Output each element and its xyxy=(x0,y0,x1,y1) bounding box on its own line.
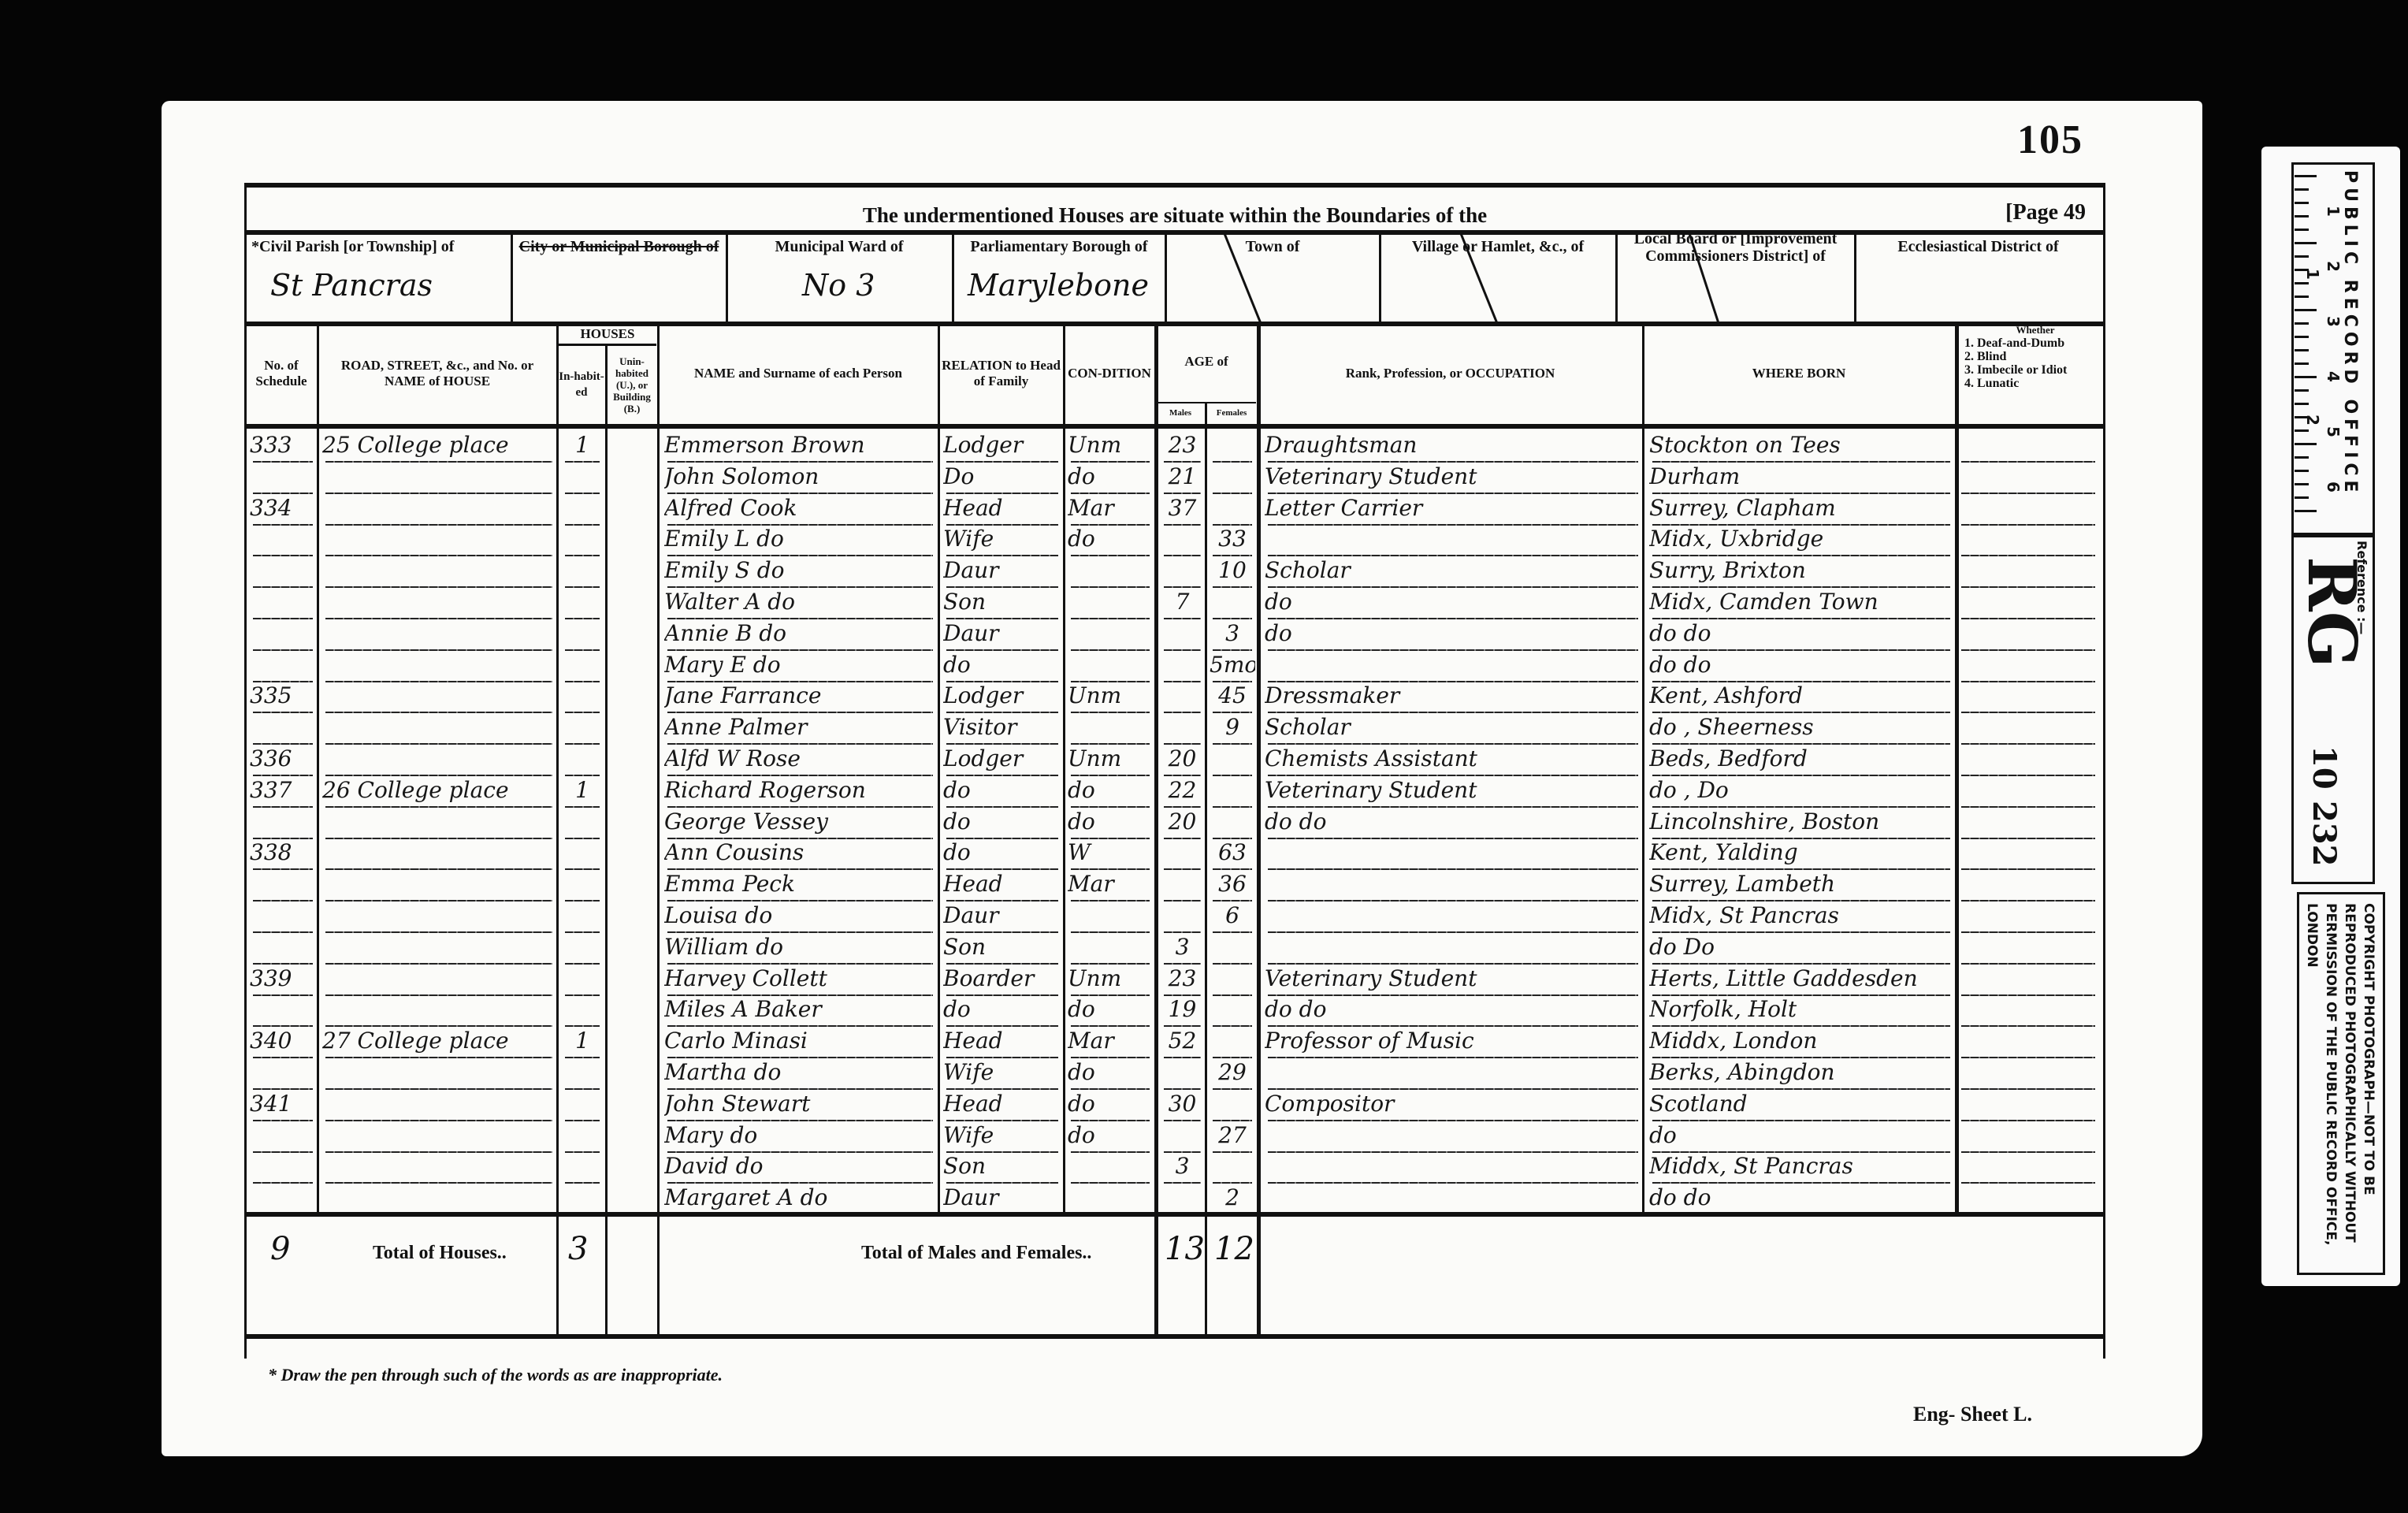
occupation: do do xyxy=(1265,804,1641,838)
address xyxy=(322,898,556,932)
scale-tick xyxy=(2295,215,2309,217)
where-born: Surry, Brixton xyxy=(1649,552,1953,587)
scale-cm-label: 5 xyxy=(2324,426,2343,437)
condition: Unm xyxy=(1068,741,1153,775)
person-name: Emma Peck xyxy=(664,866,936,901)
locality-label-municipal-borough: City or Municipal Borough of xyxy=(515,238,723,255)
male-age xyxy=(1161,552,1204,587)
locality-value-civil-parish: St Pancras xyxy=(270,268,433,303)
person-name: Miles A Baker xyxy=(664,991,936,1026)
col-header-uninhabited: Unin-habited (U.), or Building (B.) xyxy=(608,345,656,424)
scale-tick xyxy=(2295,470,2309,472)
address xyxy=(322,459,556,493)
locality-label-local-board: Local Board or [Improvement Commissioner… xyxy=(1619,230,1852,265)
address: 25 College place xyxy=(322,427,556,462)
where-born: Stockton on Tees xyxy=(1649,427,1953,462)
office-name: PUBLIC RECORD OFFICE xyxy=(2340,170,2360,497)
condition: W xyxy=(1068,835,1153,869)
inhabited-count xyxy=(562,866,603,901)
infirmity-heading: Whether xyxy=(2016,323,2054,336)
schedule-number xyxy=(250,584,316,619)
locality-label-parliamentary-borough: Parliamentary Borough of xyxy=(956,238,1162,255)
person-name: David do xyxy=(664,1148,936,1183)
total-persons-label: Total of Males and Females.. xyxy=(861,1243,1091,1264)
relation: Boarder xyxy=(943,961,1061,995)
occupation: Scholar xyxy=(1265,552,1641,587)
person-name: Alfred Cook xyxy=(664,490,936,525)
female-age xyxy=(1210,1023,1255,1058)
col-header-address: ROAD, STREET, &c., and No. or NAME of HO… xyxy=(319,323,556,424)
person-name: William do xyxy=(664,929,936,964)
where-born: Midx, Uxbridge xyxy=(1649,521,1953,556)
locality-label-village: Village or Hamlet, &c., of xyxy=(1383,238,1613,255)
relation: do xyxy=(943,835,1061,869)
inhabited-count xyxy=(562,709,603,744)
total-males: 13 xyxy=(1165,1231,1205,1267)
condition xyxy=(1068,552,1153,587)
scale-tick xyxy=(2295,362,2309,365)
female-age: 6 xyxy=(1210,898,1255,932)
occupation xyxy=(1265,647,1641,682)
census-row: Anne PalmerVisitor9Scholardo , Sheerness xyxy=(247,709,2103,744)
infirmity-option-1: 1. Deaf-and-Dumb xyxy=(1964,336,2064,350)
person-name: John Stewart xyxy=(664,1086,936,1121)
where-born: Kent, Ashford xyxy=(1649,678,1953,712)
total-schedules: 9 xyxy=(270,1231,290,1267)
where-born: Midx, Camden Town xyxy=(1649,584,1953,619)
scale-tick xyxy=(2295,510,2317,512)
where-born: do , Sheerness xyxy=(1649,709,1953,744)
condition: do xyxy=(1068,772,1153,807)
rule xyxy=(247,183,2103,188)
relation: Son xyxy=(943,1148,1061,1183)
scale-cm-label: 3 xyxy=(2324,316,2343,327)
total-females: 12 xyxy=(1214,1231,1254,1267)
occupation: Professor of Music xyxy=(1265,1023,1641,1058)
female-age: 27 xyxy=(1210,1117,1255,1152)
relation: Head xyxy=(943,490,1061,525)
person-name: Mary do xyxy=(664,1117,936,1152)
person-name: Emily S do xyxy=(664,552,936,587)
infirmity-option-3: 3. Imbecile or Idiot xyxy=(1964,363,2067,377)
female-age: 3 xyxy=(1210,615,1255,650)
relation: Head xyxy=(943,1023,1061,1058)
rule xyxy=(247,1334,2103,1339)
occupation xyxy=(1265,1148,1641,1183)
scale-tick xyxy=(2295,242,2317,244)
condition: Mar xyxy=(1068,490,1153,525)
address xyxy=(322,1086,556,1121)
divider xyxy=(726,232,728,322)
col-header-males: Males xyxy=(1157,403,1204,422)
schedule-number: 333 xyxy=(250,427,316,462)
scale-tick xyxy=(2295,202,2309,204)
inhabited-count xyxy=(562,584,603,619)
address xyxy=(322,804,556,838)
relation: Daur xyxy=(943,898,1061,932)
occupation: Chemists Assistant xyxy=(1265,741,1641,775)
census-row: 341John StewartHeaddo30CompositorScotlan… xyxy=(247,1086,2103,1121)
census-row: John SolomonDodo21Veterinary StudentDurh… xyxy=(247,459,2103,493)
census-row: David doSon3Middx, St Pancras xyxy=(247,1148,2103,1183)
male-age xyxy=(1161,898,1204,932)
schedule-number: 338 xyxy=(250,835,316,869)
inhabited-count xyxy=(562,552,603,587)
relation: do xyxy=(943,772,1061,807)
copyright-notice: COPYRIGHT PHOTOGRAPH—NOT TO BE REPRODUCE… xyxy=(2302,903,2378,1266)
where-born: Herts, Little Gaddesden xyxy=(1649,961,1953,995)
schedule-number xyxy=(250,929,316,964)
occupation xyxy=(1265,1117,1641,1152)
female-age: 9 xyxy=(1210,709,1255,744)
scale-tick xyxy=(2295,483,2309,485)
schedule-number: 337 xyxy=(250,772,316,807)
scale-tick xyxy=(2295,282,2309,284)
condition xyxy=(1068,709,1153,744)
occupation: do xyxy=(1265,584,1641,619)
address xyxy=(322,1148,556,1183)
address xyxy=(322,552,556,587)
schedule-number: 341 xyxy=(250,1086,316,1121)
condition: do xyxy=(1068,459,1153,493)
occupation: Dressmaker xyxy=(1265,678,1641,712)
total-houses: 3 xyxy=(568,1231,588,1267)
census-row: Louisa doDaur6Midx, St Pancras xyxy=(247,898,2103,932)
where-born: Beds, Bedford xyxy=(1649,741,1953,775)
reference-series: RG xyxy=(2293,556,2371,668)
col-header-condition: CON-DITION xyxy=(1065,323,1154,424)
male-age: 19 xyxy=(1161,991,1204,1026)
where-born: Lincolnshire, Boston xyxy=(1649,804,1953,838)
relation: do xyxy=(943,991,1061,1026)
address xyxy=(322,961,556,995)
condition: do xyxy=(1068,804,1153,838)
where-born: do do xyxy=(1649,1180,1953,1214)
where-born: Durham xyxy=(1649,459,1953,493)
female-age: 33 xyxy=(1210,521,1255,556)
col-header-where-born: WHERE BORN xyxy=(1644,323,1953,424)
relation: do xyxy=(943,804,1061,838)
male-age: 22 xyxy=(1161,772,1204,807)
col-header-inhabited: In-habit-ed xyxy=(559,345,604,424)
scale-tick xyxy=(2295,336,2309,338)
person-name: George Vessey xyxy=(664,804,936,838)
condition: Mar xyxy=(1068,866,1153,901)
census-row: William doSon3do Do xyxy=(247,929,2103,964)
footnote: * Draw the pen through such of the words… xyxy=(268,1365,723,1385)
schedule-number xyxy=(250,615,316,650)
occupation: do do xyxy=(1265,991,1641,1026)
relation: Son xyxy=(943,584,1061,619)
schedule-number xyxy=(250,898,316,932)
census-row: Walter A doSon7doMidx, Camden Town xyxy=(247,584,2103,619)
sheet-label: Eng- Sheet L. xyxy=(1913,1403,2032,1426)
scale-tick xyxy=(2295,496,2309,499)
reference-folio: 232 xyxy=(2306,801,2343,867)
relation: Visitor xyxy=(943,709,1061,744)
form-title: The undermentioned Houses are situate wi… xyxy=(247,203,2103,228)
scale-tick xyxy=(2295,376,2317,378)
person-name: Carlo Minasi xyxy=(664,1023,936,1058)
total-houses-label: Total of Houses.. xyxy=(373,1243,507,1264)
female-age xyxy=(1210,490,1255,525)
female-age: 63 xyxy=(1210,835,1255,869)
col-header-infirmity: Whether 1. Deaf-and-Dumb 2. Blind 3. Imb… xyxy=(1958,323,2106,424)
female-age: 2 xyxy=(1210,1180,1255,1214)
scale-cm-label: 6 xyxy=(2324,481,2343,493)
person-name: Emily L do xyxy=(664,521,936,556)
scale-cm-label: 1 xyxy=(2324,206,2343,217)
schedule-number: 335 xyxy=(250,678,316,712)
where-born: Surrey, Clapham xyxy=(1649,490,1953,525)
census-row: 34027 College place1Carlo MinasiHeadMar5… xyxy=(247,1023,2103,1058)
divider xyxy=(1854,232,1856,322)
census-row: 33325 College place1Emmerson BrownLodger… xyxy=(247,427,2103,462)
female-age: 36 xyxy=(1210,866,1255,901)
person-name: Jane Farrance xyxy=(664,678,936,712)
relation: Head xyxy=(943,1086,1061,1121)
inhabited-count xyxy=(562,961,603,995)
census-row: Annie B doDaur3dodo do xyxy=(247,615,2103,650)
scale-cm-label: 2 xyxy=(2324,261,2343,272)
address xyxy=(322,584,556,619)
locality-value-municipal-ward: No 3 xyxy=(802,268,875,303)
where-born: Kent, Yalding xyxy=(1649,835,1953,869)
schedule-number xyxy=(250,459,316,493)
relation: Lodger xyxy=(943,678,1061,712)
scale-tick xyxy=(2295,389,2309,392)
male-age: 20 xyxy=(1161,804,1204,838)
male-age xyxy=(1161,866,1204,901)
address: 26 College place xyxy=(322,772,556,807)
inhabited-count xyxy=(562,1117,603,1152)
schedule-number xyxy=(250,804,316,838)
scale-inch-label: 2 xyxy=(2303,414,2322,426)
male-age xyxy=(1161,615,1204,650)
census-row: Martha doWifedo29Berks, Abingdon xyxy=(247,1054,2103,1089)
occupation xyxy=(1265,898,1641,932)
address xyxy=(322,866,556,901)
where-born: do Do xyxy=(1649,929,1953,964)
male-age: 37 xyxy=(1161,490,1204,525)
schedule-number: 339 xyxy=(250,961,316,995)
male-age xyxy=(1161,1117,1204,1152)
census-row: Emma PeckHeadMar36Surrey, Lambeth xyxy=(247,866,2103,901)
col-header-schedule: No. of Schedule xyxy=(247,323,316,424)
inhabited-count: 1 xyxy=(562,772,603,807)
address xyxy=(322,741,556,775)
male-age: 7 xyxy=(1161,584,1204,619)
female-age xyxy=(1210,804,1255,838)
inhabited-count xyxy=(562,835,603,869)
where-born: do do xyxy=(1649,615,1953,650)
condition xyxy=(1068,615,1153,650)
female-age: 45 xyxy=(1210,678,1255,712)
male-age xyxy=(1161,647,1204,682)
male-age: 21 xyxy=(1161,459,1204,493)
condition: do xyxy=(1068,1086,1153,1121)
scale-tick xyxy=(2295,309,2317,311)
census-row: George Vesseydodo20do doLincolnshire, Bo… xyxy=(247,804,2103,838)
folio-number: 105 xyxy=(2017,117,2083,163)
person-name: Anne Palmer xyxy=(664,709,936,744)
schedule-number xyxy=(250,1054,316,1089)
divider xyxy=(511,232,513,322)
scale-tick xyxy=(2295,429,2309,432)
male-age: 30 xyxy=(1161,1086,1204,1121)
schedule-number: 334 xyxy=(250,490,316,525)
scale-tick xyxy=(2295,229,2309,231)
male-age: 23 xyxy=(1161,427,1204,462)
condition: Unm xyxy=(1068,678,1153,712)
relation: Head xyxy=(943,866,1061,901)
census-row: Emily S doDaur10ScholarSurry, Brixton xyxy=(247,552,2103,587)
scale-tick xyxy=(2295,322,2309,325)
address xyxy=(322,835,556,869)
condition xyxy=(1068,584,1153,619)
relation: do xyxy=(943,647,1061,682)
inhabited-count xyxy=(562,615,603,650)
inhabited-count: 1 xyxy=(562,427,603,462)
where-born: do do xyxy=(1649,647,1953,682)
col-header-occupation: Rank, Profession, or OCCUPATION xyxy=(1259,323,1641,424)
male-age: 52 xyxy=(1161,1023,1204,1058)
where-born: Surrey, Lambeth xyxy=(1649,866,1953,901)
condition xyxy=(1068,1180,1153,1214)
inhabited-count xyxy=(562,490,603,525)
female-age xyxy=(1210,929,1255,964)
census-row: 336Alfd W RoseLodgerUnm20Chemists Assist… xyxy=(247,741,2103,775)
male-age xyxy=(1161,835,1204,869)
condition xyxy=(1068,929,1153,964)
relation: Wife xyxy=(943,1054,1061,1089)
occupation: Letter Carrier xyxy=(1265,490,1641,525)
census-row: Miles A Bakerdodo19do doNorfolk, Holt xyxy=(247,991,2103,1026)
where-born: do , Do xyxy=(1649,772,1953,807)
scale-inch-label: 1 xyxy=(2303,269,2322,280)
scale-tick xyxy=(2295,349,2309,351)
scale-tick xyxy=(2295,403,2309,405)
address xyxy=(322,929,556,964)
rule xyxy=(247,1212,2103,1217)
inhabited-count: 1 xyxy=(562,1023,603,1058)
col-header-age: AGE of xyxy=(1157,326,1256,397)
inhabited-count xyxy=(562,459,603,493)
where-born: Norfolk, Holt xyxy=(1649,991,1953,1026)
schedule-number xyxy=(250,1117,316,1152)
locality-label-civil-parish: *Civil Parish [or Township] of xyxy=(251,238,507,255)
person-name: Emmerson Brown xyxy=(664,427,936,462)
relation: Son xyxy=(943,929,1061,964)
person-name: Annie B do xyxy=(664,615,936,650)
male-age xyxy=(1161,521,1204,556)
male-age xyxy=(1161,1180,1204,1214)
inhabited-count xyxy=(562,741,603,775)
relation: Daur xyxy=(943,1180,1061,1214)
relation: Lodger xyxy=(943,427,1061,462)
occupation: Compositor xyxy=(1265,1086,1641,1121)
male-age: 3 xyxy=(1161,929,1204,964)
person-name: Louisa do xyxy=(664,898,936,932)
person-name: Harvey Collett xyxy=(664,961,936,995)
condition: Unm xyxy=(1068,427,1153,462)
address xyxy=(322,490,556,525)
locality-label-town: Town of xyxy=(1169,238,1377,255)
where-born: Midx, St Pancras xyxy=(1649,898,1953,932)
inhabited-count xyxy=(562,804,603,838)
inhabited-count xyxy=(562,1086,603,1121)
inhabited-count xyxy=(562,678,603,712)
census-row: Emily L doWifedo33Midx, Uxbridge xyxy=(247,521,2103,556)
relation: Lodger xyxy=(943,741,1061,775)
condition xyxy=(1068,1148,1153,1183)
female-age xyxy=(1210,772,1255,807)
address: 27 College place xyxy=(322,1023,556,1058)
col-header-females: Females xyxy=(1207,403,1256,422)
male-age xyxy=(1161,1054,1204,1089)
page-reference: [Page 49 xyxy=(2005,200,2086,225)
address xyxy=(322,1054,556,1089)
schedule-number xyxy=(250,1148,316,1183)
census-row: 339Harvey CollettBoarderUnm23Veterinary … xyxy=(247,961,2103,995)
schedule-number xyxy=(250,991,316,1026)
female-age xyxy=(1210,427,1255,462)
condition xyxy=(1068,647,1153,682)
where-born: Scotland xyxy=(1649,1086,1953,1121)
male-age: 3 xyxy=(1161,1148,1204,1183)
condition: Unm xyxy=(1068,961,1153,995)
schedule-number xyxy=(250,521,316,556)
relation: Wife xyxy=(943,521,1061,556)
male-age: 23 xyxy=(1161,961,1204,995)
occupation: Veterinary Student xyxy=(1265,459,1641,493)
person-name: John Solomon xyxy=(664,459,936,493)
occupation: do xyxy=(1265,615,1641,650)
female-age: 5mo xyxy=(1210,647,1255,682)
inhabited-count xyxy=(562,647,603,682)
scale-tick xyxy=(2295,443,2317,445)
condition xyxy=(1068,898,1153,932)
female-age xyxy=(1210,961,1255,995)
rule xyxy=(559,344,656,346)
infirmity-option-4: 4. Lunatic xyxy=(1964,377,2019,390)
reference-piece: 10 xyxy=(2306,745,2343,790)
census-row: Margaret A doDaur2do do xyxy=(247,1180,2103,1214)
schedule-number xyxy=(250,866,316,901)
schedule-number xyxy=(250,647,316,682)
condition: Mar xyxy=(1068,1023,1153,1058)
address xyxy=(322,678,556,712)
male-age: 20 xyxy=(1161,741,1204,775)
person-name: Mary E do xyxy=(664,647,936,682)
census-row: Mary doWifedo27do xyxy=(247,1117,2103,1152)
occupation xyxy=(1265,866,1641,901)
census-row: 33726 College place1Richard Rogersondodo… xyxy=(247,772,2103,807)
inhabited-count xyxy=(562,929,603,964)
where-born: Berks, Abingdon xyxy=(1649,1054,1953,1089)
female-age xyxy=(1210,1086,1255,1121)
address xyxy=(322,647,556,682)
occupation xyxy=(1265,521,1641,556)
where-born: Middx, St Pancras xyxy=(1649,1148,1953,1183)
relation: Daur xyxy=(943,552,1061,587)
address xyxy=(322,1117,556,1152)
person-name: Richard Rogerson xyxy=(664,772,936,807)
female-age xyxy=(1210,991,1255,1026)
divider xyxy=(1165,232,1167,322)
person-name: Ann Cousins xyxy=(664,835,936,869)
inhabited-count xyxy=(562,898,603,932)
